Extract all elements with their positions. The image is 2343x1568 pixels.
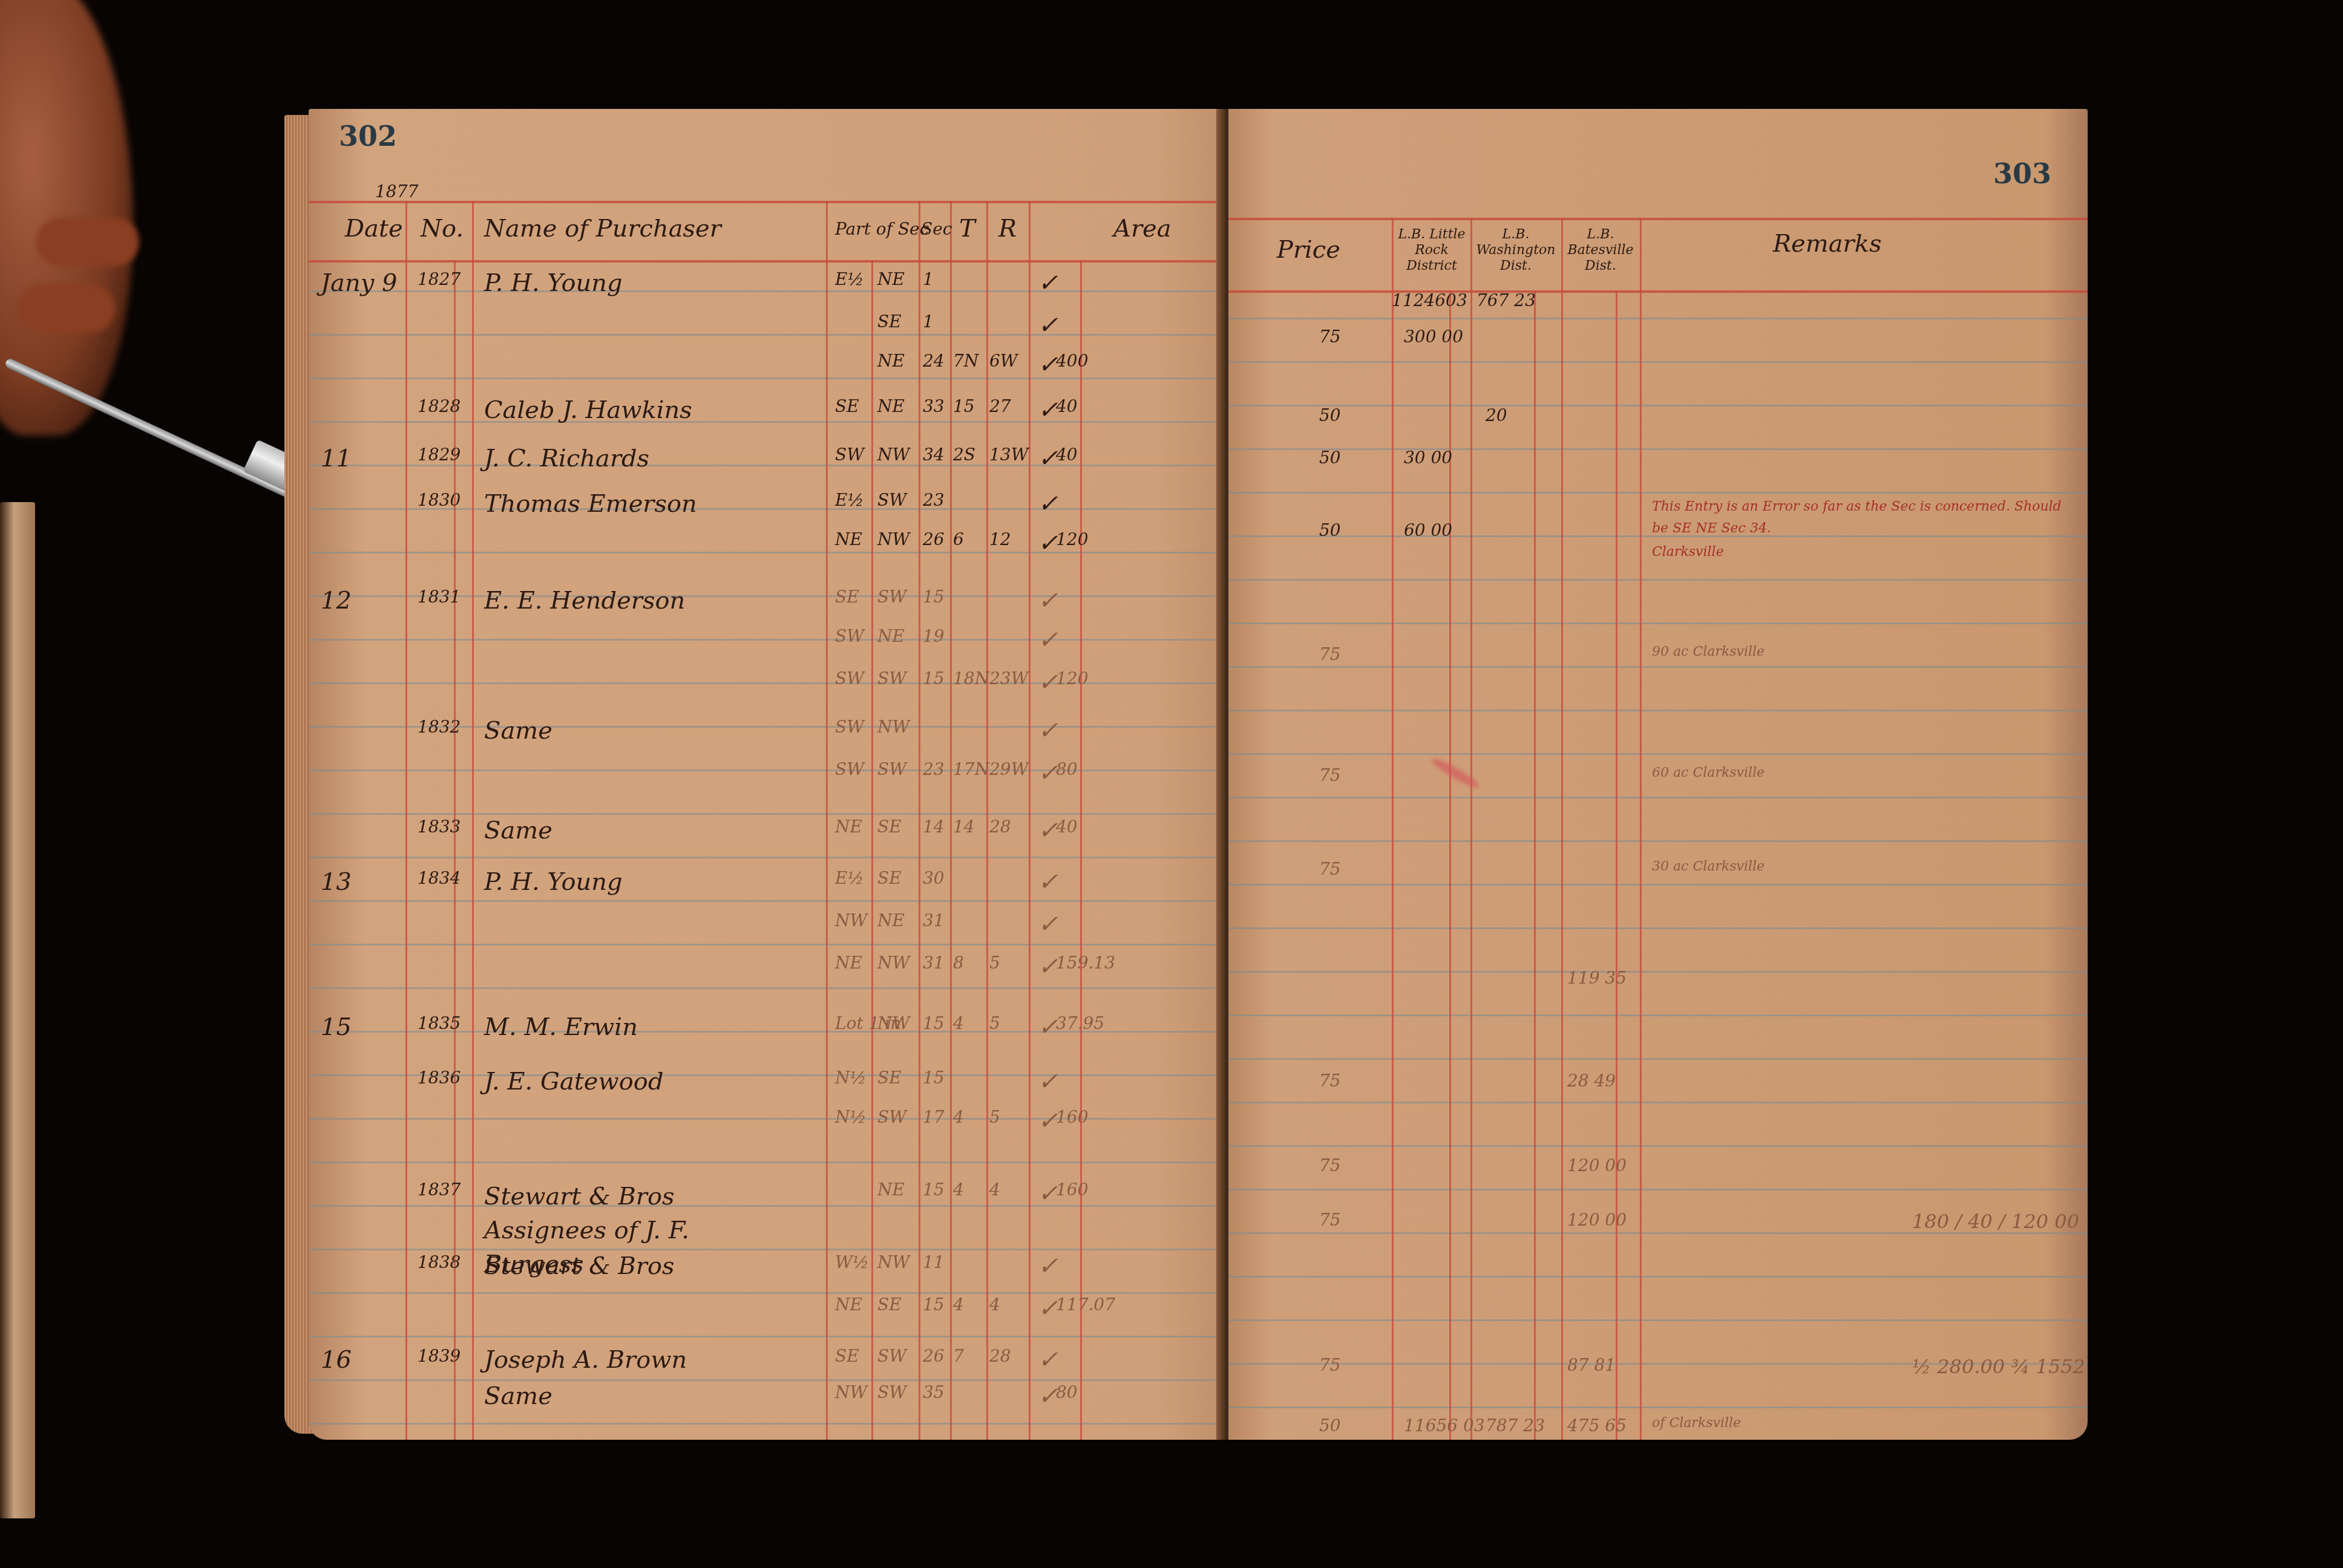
cell-sec: 15 xyxy=(923,587,945,607)
red-ink-stain xyxy=(1429,756,1481,791)
ruled-line xyxy=(1228,492,2088,494)
cell-name: Same xyxy=(484,717,552,745)
cell-check: ✓ xyxy=(1038,587,1058,615)
cell-remarks: of Clarksville xyxy=(1652,1416,1741,1431)
cell-sec: 23 xyxy=(923,759,945,779)
cell-name: J. E. Gatewood xyxy=(484,1068,664,1096)
cell-sec: 34 xyxy=(923,445,945,465)
cell-price: 50 xyxy=(1319,405,1341,425)
cell-sec: 1 xyxy=(923,269,934,289)
cell-area: 120 xyxy=(1056,529,1098,549)
ruled-line xyxy=(309,290,1253,292)
cell-subdiv: NW xyxy=(877,1013,909,1033)
cell-no: 1829 xyxy=(418,445,460,465)
cell-sec: 35 xyxy=(923,1382,945,1402)
cell-r: 27 xyxy=(989,396,1011,416)
cell-name: Joseph A. Brown xyxy=(484,1346,687,1374)
cell-washington: 787 23 xyxy=(1486,1416,1545,1436)
cell-subdiv: NE xyxy=(877,626,905,646)
cell-no: 1834 xyxy=(418,868,460,888)
cell-subdiv: SW xyxy=(877,1382,906,1402)
cell-little-rock: 300 00 xyxy=(1404,327,1463,347)
cell-subdiv: NE xyxy=(877,269,905,289)
cell-part: W½ xyxy=(835,1252,869,1272)
cell-sec: 15 xyxy=(923,1180,945,1200)
col-header-little-rock: L.B. Little Rock District xyxy=(1395,227,1468,274)
cell-batesville: 28 49 xyxy=(1567,1071,1616,1091)
cell-subdiv: SW xyxy=(877,1107,906,1127)
cell-sec: 30 xyxy=(923,868,945,888)
cell-price: 75 xyxy=(1319,765,1341,785)
ruled-line xyxy=(1228,971,2088,973)
cell-sec: 15 xyxy=(923,1295,945,1315)
cell-batesville: 475 65 xyxy=(1567,1416,1627,1436)
cell-t: 7 xyxy=(953,1346,964,1366)
cell-r: 12 xyxy=(989,529,1011,549)
cell-part: NW xyxy=(835,910,867,930)
cell-price: 75 xyxy=(1319,1355,1341,1375)
cell-area: 160 xyxy=(1056,1180,1098,1200)
cell-subdiv: NW xyxy=(877,1252,909,1272)
cell-part: SW xyxy=(835,759,864,779)
cell-t: 6 xyxy=(953,529,964,549)
cell-name: J. C. Richards xyxy=(484,445,649,472)
cell-little-rock: 11656 03 xyxy=(1404,1416,1485,1436)
cell-check: ✓ xyxy=(1038,312,1058,339)
cell-part: NW xyxy=(835,1382,867,1402)
page-number: 302 xyxy=(339,120,397,152)
cell-r: 4 xyxy=(989,1295,1000,1315)
ledger-book: 302 1877 Date No. Name of Purchaser Part… xyxy=(284,109,2100,1458)
finger xyxy=(18,284,115,333)
cell-check: ✓ xyxy=(1038,717,1058,745)
cell-check: ✓ xyxy=(1038,351,1058,379)
cell-t: 4 xyxy=(953,1295,964,1315)
cell-batesville: 119 35 xyxy=(1567,968,1627,988)
cell-remarks: This Entry is an Error so far as the Sec… xyxy=(1652,496,2063,540)
cell-t: 2S xyxy=(953,445,975,465)
cell-subdiv: NW xyxy=(877,445,909,465)
cell-t: 4 xyxy=(953,1107,964,1127)
col-header-t: T xyxy=(959,215,975,243)
cell-name: Caleb J. Hawkins xyxy=(484,396,692,424)
cell-sec: 31 xyxy=(923,910,945,930)
cell-area: 120 xyxy=(1056,668,1098,688)
col-header-remarks: Remarks xyxy=(1773,230,1881,258)
ruled-line xyxy=(1228,753,2088,755)
ruled-line xyxy=(309,334,1253,336)
cell-part: SW xyxy=(835,445,864,465)
cell-name: P. H. Young xyxy=(484,868,623,896)
cell-subdiv: SE xyxy=(877,868,902,888)
cell-washington: 20 xyxy=(1486,405,1507,425)
ruled-line xyxy=(1228,927,2088,929)
cell-no: 1838 xyxy=(418,1252,460,1272)
cell-name: E. E. Henderson xyxy=(484,587,685,615)
cell-check: ✓ xyxy=(1038,759,1058,787)
cell-remarks: Clarksville xyxy=(1652,544,1724,560)
cell-t: 4 xyxy=(953,1180,964,1200)
cell-little-rock: 30 00 xyxy=(1404,448,1452,468)
ruled-line xyxy=(1228,448,2088,450)
cell-price: 75 xyxy=(1319,1071,1341,1091)
cell-check: ✓ xyxy=(1038,626,1058,654)
cell-date: 11 xyxy=(321,445,352,472)
ruled-line xyxy=(1228,840,2088,842)
cell-sec: 11 xyxy=(923,1252,945,1272)
cell-price: 50 xyxy=(1319,448,1341,468)
cell-sec: 17 xyxy=(923,1107,945,1127)
cell-sec: 15 xyxy=(923,668,945,688)
cell-check: ✓ xyxy=(1038,1346,1058,1374)
cell-remarks: ½ 280.00 ¾ 1552 15 xyxy=(1912,1355,2088,1378)
ruled-line xyxy=(309,639,1253,641)
cell-subdiv: SE xyxy=(877,312,902,332)
cell-check: ✓ xyxy=(1038,910,1058,938)
cell-no: 1839 xyxy=(418,1346,460,1366)
cell-part: NE xyxy=(835,1295,862,1315)
cell-sec: 19 xyxy=(923,626,945,646)
ruled-line xyxy=(1228,797,2088,799)
cell-check: ✓ xyxy=(1038,817,1058,844)
cell-sec: 15 xyxy=(923,1013,945,1033)
cell-sec: 26 xyxy=(923,1346,945,1366)
cell-date: 16 xyxy=(321,1346,352,1374)
cell-check: ✓ xyxy=(1038,868,1058,896)
cell-subdiv: SE xyxy=(877,817,902,837)
ruled-line xyxy=(309,421,1253,423)
cell-date: 12 xyxy=(321,587,352,615)
cell-area: 160 xyxy=(1056,1107,1098,1127)
ruled-line xyxy=(309,682,1253,684)
cell-batesville: 87 81 xyxy=(1567,1355,1616,1375)
cell-remarks: 60 ac Clarksville xyxy=(1652,765,1765,780)
ruled-line xyxy=(309,813,1253,815)
cell-r: 28 xyxy=(989,817,1011,837)
cell-part: E½ xyxy=(835,269,864,289)
ruled-line xyxy=(309,377,1253,379)
cell-name: Same xyxy=(484,817,552,844)
ruled-line xyxy=(309,769,1253,771)
ruled-line xyxy=(1228,1406,2088,1408)
cell-subdiv: SE xyxy=(877,1295,902,1315)
ruled-line xyxy=(1228,579,2088,581)
ruled-line xyxy=(309,552,1253,554)
cell-subdiv: SW xyxy=(877,759,906,779)
col-header-no: No. xyxy=(421,215,464,243)
cell-check: ✓ xyxy=(1038,1068,1058,1096)
cell-subdiv: SW xyxy=(877,1346,906,1366)
cell-sec: 23 xyxy=(923,490,945,510)
cell-part: NE xyxy=(835,529,862,549)
col-header-area: Area xyxy=(1113,215,1171,243)
cell-no: 1833 xyxy=(418,817,460,837)
cell-check: ✓ xyxy=(1038,396,1058,424)
cell-subdiv: NE xyxy=(877,396,905,416)
cell-price: 75 xyxy=(1319,644,1341,664)
cell-check: ✓ xyxy=(1038,1295,1058,1322)
cell-sec: 1 xyxy=(923,312,934,332)
cell-area: 80 xyxy=(1056,1382,1098,1402)
cell-area: 40 xyxy=(1056,396,1098,416)
cell-part: E½ xyxy=(835,868,864,888)
cell-check: ✓ xyxy=(1038,1180,1058,1207)
cell-part: SW xyxy=(835,717,864,737)
cell-date: Jany 9 xyxy=(321,269,397,297)
cell-price: 75 xyxy=(1319,1210,1341,1230)
cell-name: P. H. Young xyxy=(484,269,623,297)
cell-area: 400 xyxy=(1056,351,1098,371)
cell-price: 50 xyxy=(1319,520,1341,540)
cell-r: 28 xyxy=(989,1346,1011,1366)
cell-check: ✓ xyxy=(1038,445,1058,472)
ruled-line xyxy=(1228,884,2088,886)
cell-part: E½ xyxy=(835,490,864,510)
ruled-line xyxy=(1228,405,2088,407)
cell-subdiv: SE xyxy=(877,1068,902,1088)
cell-batesville: 120 00 xyxy=(1567,1155,1627,1175)
adjacent-book-edge xyxy=(0,502,35,1518)
ruled-line xyxy=(309,900,1253,902)
cell-check: ✓ xyxy=(1038,1107,1058,1135)
cell-sec: 26 xyxy=(923,529,945,549)
cell-subdiv: NW xyxy=(877,953,909,973)
cell-part: SE xyxy=(835,587,859,607)
carried-forward-little-rock: 1124603 xyxy=(1392,290,1467,310)
cell-subdiv: NE xyxy=(877,910,905,930)
ruled-line xyxy=(1228,622,2088,624)
cell-sec: 15 xyxy=(923,1068,945,1088)
cell-subdiv: SW xyxy=(877,490,906,510)
cell-area: 40 xyxy=(1056,445,1098,465)
cell-price: 75 xyxy=(1319,327,1341,347)
ruled-line xyxy=(309,987,1253,989)
cell-sec: 24 xyxy=(923,351,945,371)
col-header-part: Part of Sec xyxy=(835,219,929,239)
cell-part: NE xyxy=(835,817,862,837)
ruled-line xyxy=(309,1161,1253,1163)
cell-price: 50 xyxy=(1319,1416,1341,1436)
col-header-price: Price xyxy=(1277,236,1340,264)
cell-t: 18N xyxy=(953,668,989,688)
cell-sec: 33 xyxy=(923,396,945,416)
cell-area: 159.13 xyxy=(1056,953,1098,973)
col-header-sec: Sec xyxy=(921,219,952,239)
ruled-line xyxy=(1228,1319,2088,1321)
cell-remarks: 90 ac Clarksville xyxy=(1652,644,1765,659)
ruled-line xyxy=(1228,1058,2088,1060)
ruled-line xyxy=(309,1118,1253,1120)
cell-area: 37.95 xyxy=(1056,1013,1098,1033)
cell-subdiv: NW xyxy=(877,529,909,549)
ruled-line xyxy=(309,1292,1253,1294)
ruled-line xyxy=(1228,1276,2088,1278)
cell-no: 1828 xyxy=(418,396,460,416)
cell-name: Same xyxy=(484,1382,552,1410)
cell-r: 13W xyxy=(989,445,1028,465)
col-header-r: R xyxy=(998,215,1017,243)
cell-check: ✓ xyxy=(1038,1013,1058,1041)
cell-t: 15 xyxy=(953,396,975,416)
col-header-date: Date xyxy=(345,215,403,243)
cell-check: ✓ xyxy=(1038,269,1058,297)
carried-forward-washington: 767 23 xyxy=(1476,290,1536,310)
cell-name: Thomas Emerson xyxy=(484,490,697,518)
ruled-line xyxy=(309,1336,1253,1338)
ruled-line xyxy=(1228,1102,2088,1103)
cell-no: 1836 xyxy=(418,1068,460,1088)
cell-check: ✓ xyxy=(1038,1252,1058,1280)
cell-part: NE xyxy=(835,953,862,973)
cell-r: 5 xyxy=(989,1013,1000,1033)
cell-price: 75 xyxy=(1319,1155,1341,1175)
cell-part: N½ xyxy=(835,1107,867,1127)
cell-subdiv: NE xyxy=(877,1180,905,1200)
cell-t: 14 xyxy=(953,817,975,837)
cell-subdiv: NW xyxy=(877,717,909,737)
cell-t: 4 xyxy=(953,1013,964,1033)
cell-no: 1831 xyxy=(418,587,460,607)
cell-r: 6W xyxy=(989,351,1018,371)
ruled-line xyxy=(1228,318,2088,319)
ruled-line xyxy=(1228,1145,2088,1147)
cell-t: 8 xyxy=(953,953,964,973)
cell-no: 1827 xyxy=(418,269,460,289)
cell-r: 5 xyxy=(989,1107,1000,1127)
ruled-line xyxy=(1228,1189,2088,1191)
cell-check: ✓ xyxy=(1038,1382,1058,1410)
cell-area: 80 xyxy=(1056,759,1098,779)
cell-part: SW xyxy=(835,668,864,688)
cell-r: 23W xyxy=(989,668,1028,688)
cell-sec: 31 xyxy=(923,953,945,973)
cell-sec: 14 xyxy=(923,817,945,837)
cell-price: 75 xyxy=(1319,859,1341,879)
cell-no: 1830 xyxy=(418,490,460,510)
ruled-line xyxy=(1228,710,2088,711)
ruled-line xyxy=(309,465,1253,466)
cell-check: ✓ xyxy=(1038,529,1058,557)
right-page: 303 Price L.B. Little Rock District L.B.… xyxy=(1228,109,2088,1440)
cell-area: 117.07 xyxy=(1056,1295,1098,1315)
year-header: 1877 xyxy=(375,181,418,201)
cell-name: M. M. Erwin xyxy=(484,1013,638,1041)
cell-part: N½ xyxy=(835,1068,867,1088)
ruled-line xyxy=(309,1379,1253,1381)
cell-batesville: 120 00 xyxy=(1567,1210,1627,1230)
cell-no: 1837 xyxy=(418,1180,460,1200)
cell-little-rock: 60 00 xyxy=(1404,520,1452,540)
cell-remarks: 180 / 40 / 120 00 xyxy=(1912,1210,2079,1233)
cell-part: SW xyxy=(835,626,864,646)
cell-date: 13 xyxy=(321,868,352,896)
cell-no: 1832 xyxy=(418,717,460,737)
cell-area: 40 xyxy=(1056,817,1098,837)
ruled-line xyxy=(1228,1014,2088,1016)
cell-no: 1835 xyxy=(418,1013,460,1033)
cell-part: SE xyxy=(835,396,859,416)
cell-check: ✓ xyxy=(1038,953,1058,981)
col-header-name: Name of Purchaser xyxy=(484,215,721,243)
cell-subdiv: SW xyxy=(877,668,906,688)
cell-r: 4 xyxy=(989,1180,1000,1200)
cell-t: 7N xyxy=(953,351,978,371)
cell-r: 5 xyxy=(989,953,1000,973)
cell-part: SE xyxy=(835,1346,859,1366)
col-header-batesville: L.B. Batesville Dist. xyxy=(1564,227,1637,274)
cell-t: 17N xyxy=(953,759,989,779)
cell-name: Stewart & Bros xyxy=(484,1252,675,1280)
ruled-line xyxy=(1228,361,2088,363)
col-header-washington: L.B. Washington Dist. xyxy=(1473,227,1558,274)
ruled-line xyxy=(1228,666,2088,668)
ruled-line xyxy=(309,857,1253,858)
page-number: 303 xyxy=(1993,157,2051,190)
cell-r: 29W xyxy=(989,759,1028,779)
finger xyxy=(36,218,139,266)
ruled-line xyxy=(309,1423,1253,1425)
cell-remarks: 30 ac Clarksville xyxy=(1652,859,1765,874)
cell-check: ✓ xyxy=(1038,668,1058,696)
cell-check: ✓ xyxy=(1038,490,1058,518)
cell-subdiv: NE xyxy=(877,351,905,371)
left-page: 302 1877 Date No. Name of Purchaser Part… xyxy=(309,109,1253,1440)
cell-subdiv: SW xyxy=(877,587,906,607)
ruled-line xyxy=(309,944,1253,946)
cell-date: 15 xyxy=(321,1013,352,1041)
